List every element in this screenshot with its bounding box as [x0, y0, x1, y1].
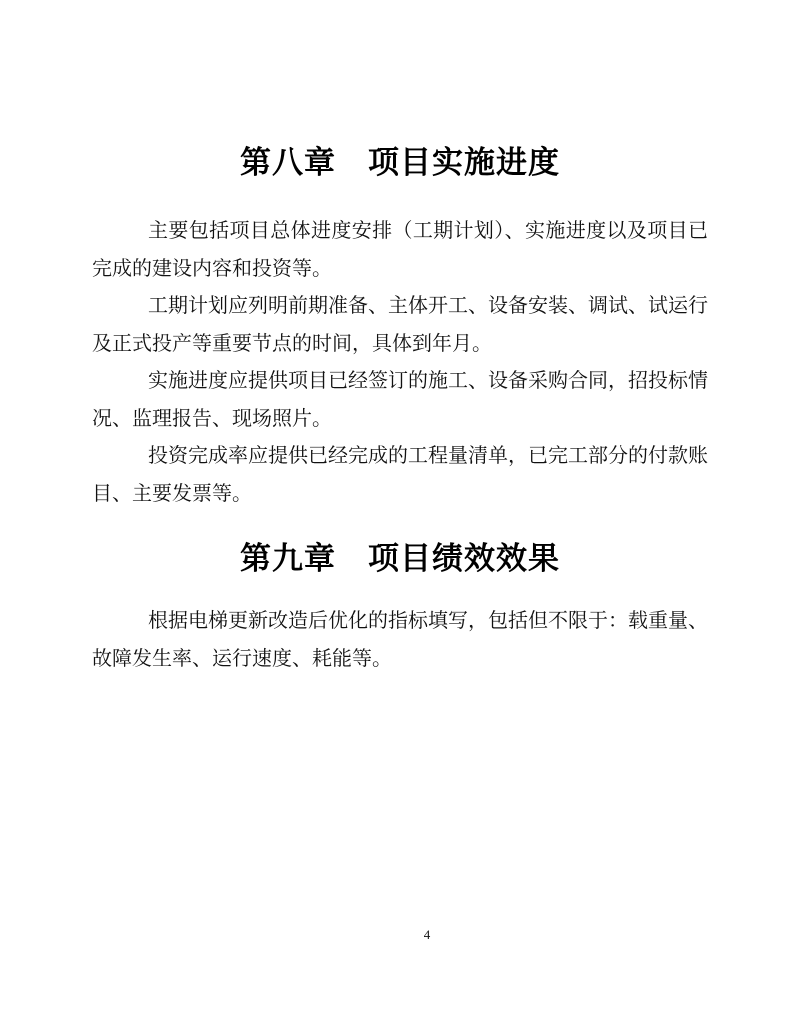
chapter-8-paragraph-3: 实施进度应提供项目已经签订的施工、设备采购合同，招投标情况、监理报告、现场照片。 — [92, 363, 708, 438]
page-number: 4 — [424, 927, 431, 943]
chapter-9-heading: 第九章 项目绩效效果 — [92, 539, 708, 579]
page-footer: 4 — [0, 926, 800, 944]
chapter-9-paragraph-1: 根据电梯更新改造后优化的指标填写，包括但不限于：载重量、故障发生率、运行速度、耗… — [92, 603, 708, 678]
document-content: 第八章 项目实施进度 主要包括项目总体进度安排（工期计划）、实施进度以及项目已完… — [0, 143, 800, 678]
chapter-8-paragraph-1: 主要包括项目总体进度安排（工期计划）、实施进度以及项目已完成的建设内容和投资等。 — [92, 213, 708, 288]
document-page: 第八章 项目实施进度 主要包括项目总体进度安排（工期计划）、实施进度以及项目已完… — [0, 0, 800, 1018]
chapter-8-paragraph-4: 投资完成率应提供已经完成的工程量清单，已完工部分的付款账目、主要发票等。 — [92, 438, 708, 513]
chapter-8-paragraph-2: 工期计划应列明前期准备、主体开工、设备安装、调试、试运行及正式投产等重要节点的时… — [92, 288, 708, 363]
chapter-8-heading: 第八章 项目实施进度 — [92, 143, 708, 183]
